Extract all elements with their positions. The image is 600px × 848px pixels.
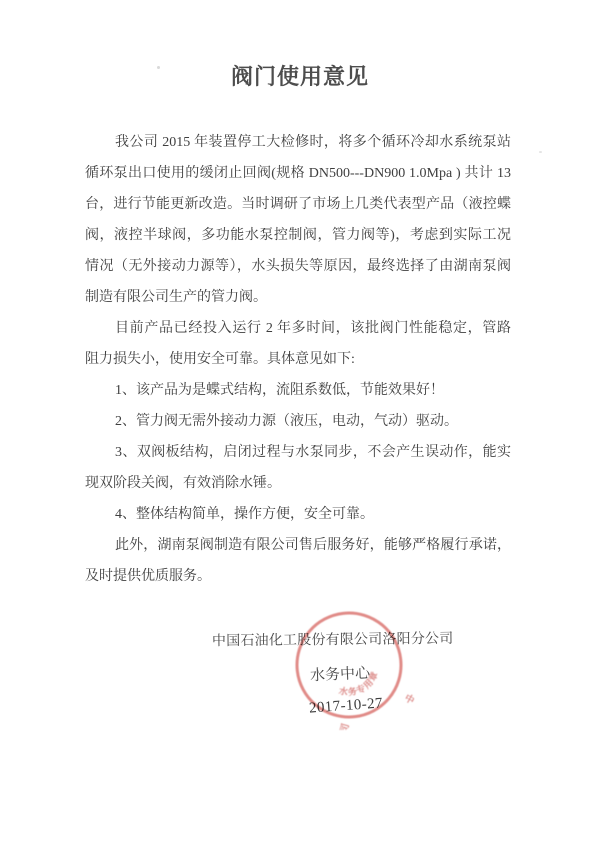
dust-speck bbox=[157, 66, 160, 69]
signature-company: 中国石油化工股份有限公司洛阳分公司 bbox=[212, 628, 454, 651]
document-body: 我公司 2015 年装置停工大检修时，将多个循环冷却水系统泵站循环泵出口使用的缓… bbox=[85, 127, 511, 592]
signature-department: 水务中心 bbox=[310, 662, 371, 686]
text-line: 阀，液控半球阀，多功能水泵控制阀，管力阀等)，考虑到实际工况 bbox=[85, 220, 511, 251]
text-line: 情况（无外接动力源等），水头损失等原因，最终选择了由湖南泵阀 bbox=[85, 251, 511, 282]
text-line: 台，进行节能更新改造。当时调研了市场上几类代表型产品（液控蝶 bbox=[85, 189, 511, 220]
list-item-2: 2、管力阀无需外接动力源（液压，电动，气动）驱动。 bbox=[85, 406, 511, 437]
signature-date: 2017-10-27 bbox=[308, 695, 383, 717]
text-line: 我公司 2015 年装置停工大检修时，将多个循环冷却水系统泵站 bbox=[85, 127, 511, 158]
list-item-4: 4、整体结构简单，操作方便，安全可靠。 bbox=[85, 499, 511, 530]
list-item-3: 3、双阀板结构，启闭过程与水泵同步，不会产生误动作，能实现双阶段关阀，有效消除水… bbox=[85, 437, 511, 499]
dust-speck bbox=[539, 151, 542, 153]
text-line: 1、该产品为是蝶式结构，流阻系数低，节能效果好！ bbox=[85, 375, 511, 406]
scanned-document-page: 阀门使用意见 我公司 2015 年装置停工大检修时，将多个循环冷却水系统泵站循环… bbox=[0, 0, 600, 848]
text-line: 此外，湖南泵阀制造有限公司售后服务好，能够严格履行承诺， bbox=[85, 530, 511, 561]
text-line: 4、整体结构简单，操作方便，安全可靠。 bbox=[85, 499, 511, 530]
text-line: 制造有限公司生产的管力阀。 bbox=[85, 282, 511, 313]
text-line: 及时提供优质服务。 bbox=[85, 561, 511, 592]
text-line: 循环泵出口使用的缓闭止回阀(规格 DN500---DN900 1.0Mpa ) … bbox=[85, 158, 511, 189]
list-item-1: 1、该产品为是蝶式结构，流阻系数低，节能效果好！ bbox=[85, 375, 511, 406]
paragraph-intro: 我公司 2015 年装置停工大检修时，将多个循环冷却水系统泵站循环泵出口使用的缓… bbox=[85, 127, 511, 313]
text-line: 3、双阀板结构，启闭过程与水泵同步，不会产生误动作，能实 bbox=[85, 437, 511, 468]
text-line: 现双阶段关阀，有效消除水锤。 bbox=[85, 468, 511, 499]
page-title: 阀门使用意见 bbox=[0, 60, 600, 91]
text-line: 2、管力阀无需外接动力源（液压，电动，气动）驱动。 bbox=[85, 406, 511, 437]
text-line: 目前产品已经投入运行 2 年多时间，该批阀门性能稳定，管路 bbox=[85, 313, 511, 344]
paragraph-summary: 目前产品已经投入运行 2 年多时间，该批阀门性能稳定，管路阻力损失小，使用安全可… bbox=[85, 313, 511, 375]
text-line: 阻力损失小，使用安全可靠。具体意见如下: bbox=[85, 344, 511, 375]
paragraph-closing: 此外，湖南泵阀制造有限公司售后服务好，能够严格履行承诺，及时提供优质服务。 bbox=[85, 530, 511, 592]
